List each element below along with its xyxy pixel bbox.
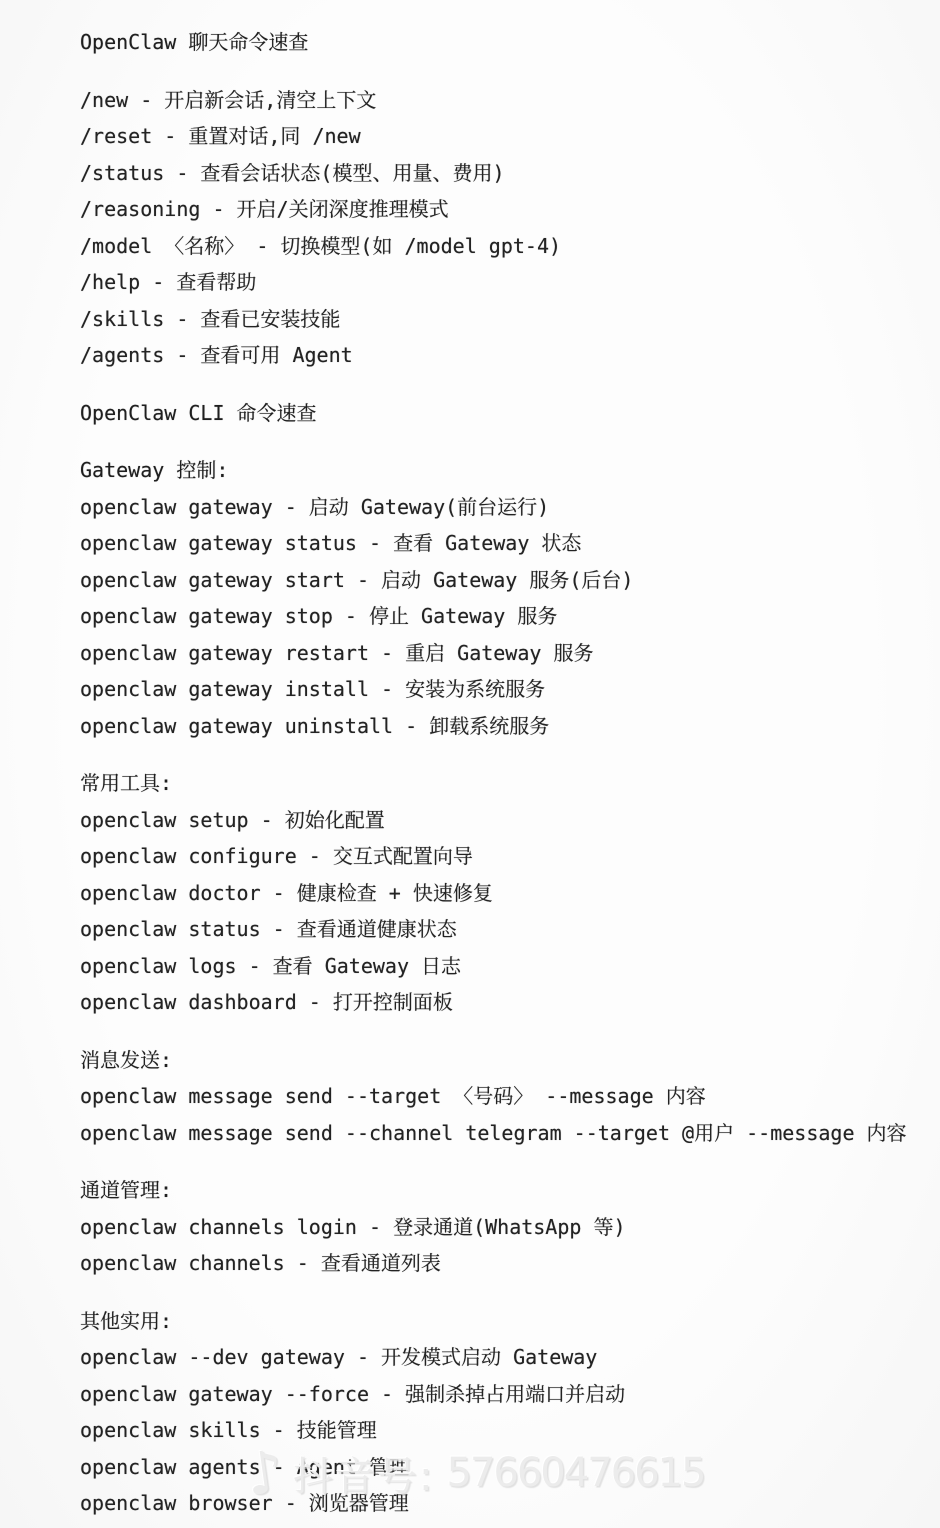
command-line: openclaw dashboard - 打开控制面板	[80, 984, 926, 1021]
blank-line	[80, 1021, 926, 1042]
command-line: /reasoning - 开启/关闭深度推理模式	[80, 191, 926, 228]
command-line: /reset - 重置对话,同 /new	[80, 118, 926, 155]
blank-line	[80, 744, 926, 765]
command-line: openclaw gateway start - 启动 Gateway 服务(后…	[80, 562, 926, 599]
command-line: openclaw --dev gateway - 开发模式启动 Gateway	[80, 1339, 926, 1376]
command-line: openclaw gateway status - 查看 Gateway 状态	[80, 525, 926, 562]
command-line: openclaw gateway uninstall - 卸载系统服务	[80, 708, 926, 745]
command-line: openclaw gateway stop - 停止 Gateway 服务	[80, 598, 926, 635]
document-body: OpenClaw 聊天命令速查/new - 开启新会话,清空上下文/reset …	[80, 24, 926, 1522]
command-line: openclaw browser - 浏览器管理	[80, 1485, 926, 1522]
command-line: openclaw message send --channel telegram…	[80, 1115, 926, 1152]
command-line: /agents - 查看可用 Agent	[80, 337, 926, 374]
command-line: openclaw gateway restart - 重启 Gateway 服务	[80, 635, 926, 672]
blank-line	[80, 61, 926, 82]
command-line: openclaw message send --target 〈号码〉 --me…	[80, 1078, 926, 1115]
command-line: /status - 查看会话状态(模型、用量、费用)	[80, 155, 926, 192]
blank-line	[80, 374, 926, 395]
document-page: OpenClaw 聊天命令速查/new - 开启新会话,清空上下文/reset …	[0, 0, 940, 1528]
blank-line	[80, 431, 926, 452]
command-line: /model 〈名称〉 - 切换模型(如 /model gpt-4)	[80, 228, 926, 265]
command-line: openclaw doctor - 健康检查 + 快速修复	[80, 875, 926, 912]
group-heading: 常用工具:	[80, 765, 926, 802]
command-line: openclaw logs - 查看 Gateway 日志	[80, 948, 926, 985]
group-heading: 消息发送:	[80, 1042, 926, 1079]
group-heading: 其他实用:	[80, 1303, 926, 1340]
blank-line	[80, 1151, 926, 1172]
command-line: /skills - 查看已安装技能	[80, 301, 926, 338]
command-line: openclaw agents - Agent 管理	[80, 1449, 926, 1486]
section-title: OpenClaw 聊天命令速查	[80, 24, 926, 61]
command-line: openclaw channels login - 登录通道(WhatsApp …	[80, 1209, 926, 1246]
group-heading: 通道管理:	[80, 1172, 926, 1209]
command-line: openclaw gateway --force - 强制杀掉占用端口并启动	[80, 1376, 926, 1413]
command-line: openclaw gateway install - 安装为系统服务	[80, 671, 926, 708]
command-line: openclaw configure - 交互式配置向导	[80, 838, 926, 875]
command-line: openclaw skills - 技能管理	[80, 1412, 926, 1449]
command-line: /help - 查看帮助	[80, 264, 926, 301]
blank-line	[80, 1282, 926, 1303]
command-line: /new - 开启新会话,清空上下文	[80, 82, 926, 119]
command-line: openclaw status - 查看通道健康状态	[80, 911, 926, 948]
command-line: openclaw gateway - 启动 Gateway(前台运行)	[80, 489, 926, 526]
group-heading: Gateway 控制:	[80, 452, 926, 489]
command-line: openclaw setup - 初始化配置	[80, 802, 926, 839]
section-title: OpenClaw CLI 命令速查	[80, 395, 926, 432]
command-line: openclaw channels - 查看通道列表	[80, 1245, 926, 1282]
